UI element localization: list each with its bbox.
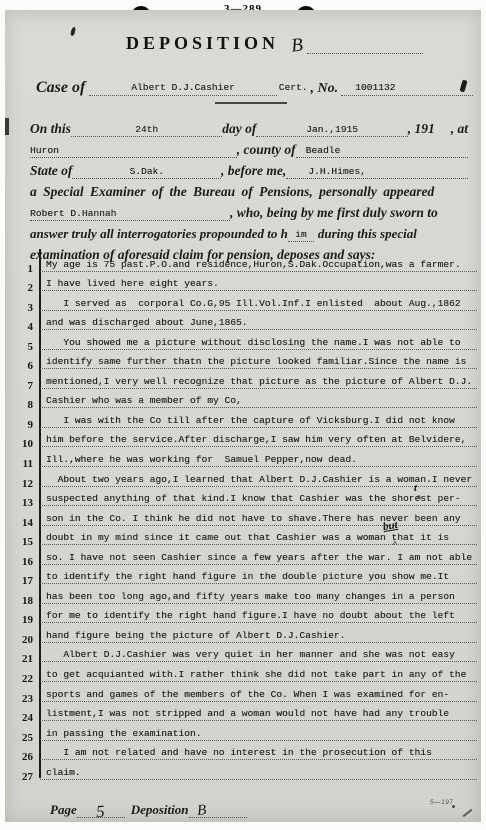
deposition-line: 23 sports and games of the members of th… [5,682,477,702]
deposition-line: 25 in passing the examination. [5,721,477,741]
day-value: 24th [135,124,158,135]
deposition-line: 21 Albert D.J.Cashier was very quiet in … [5,643,477,663]
deposition-label: Deposition [131,802,189,818]
line-text: My age is 75 past.P.O.and residence,Huro… [46,259,461,270]
line-rule: Albert D.J.Cashier was very quiet in her… [40,643,477,663]
deposition-letter-blank: B [189,795,247,818]
on-this-label: On this [30,121,71,137]
line-text: son in the Co. I think he did not have t… [46,513,461,524]
line-text: mentioned,I very well recognize that pic… [46,376,472,387]
deposition-line: 4 and was discharged about June,1865. [5,311,477,331]
state-value: S.Dak. [129,166,164,177]
line-rule: mentioned,I very well recognize that pic… [40,369,477,389]
line-text: him before the service.After discharge,I… [46,434,466,445]
line-rule: I am not related and have no interest in… [40,741,477,761]
title-row: DEPOSITION B [126,32,423,54]
page-number-blank: 5 [77,795,125,818]
month-blank: Jan.,1915 [256,115,407,137]
deposition-line: 14 son in the Co. I think he did not hav… [5,506,477,526]
before-me-label: , before me, [221,163,286,179]
line-rule: Ill.,where he was working for Samuel Pep… [40,447,477,467]
cert-prefix-value: Cert. [279,82,308,93]
county-blank: Beadle [296,136,468,158]
deposition-line: 6 identify same further thatn the pictur… [5,350,477,370]
intro-row-deponent: Robert D.Hannah , who, being by me first… [30,200,468,221]
deposition-line: 12 About two years ago,I learned that Al… [5,467,477,487]
line-text: I have lived here eight years. [46,278,219,289]
examiner-blank: J.H.Himes, [286,157,468,179]
deposition-line: 9 I was with the Co till after the captu… [5,408,477,428]
deposition-line: 17 to identify the right hand figure in … [5,565,477,585]
day-of-label: day of [222,121,256,137]
deposition-line: 3 I served as corporal Co.G,95 Ill.Vol.I… [5,291,477,311]
deposition-line: 11 Ill.,where he was working for Samuel … [5,447,477,467]
print-code: 5—197 [429,799,453,806]
intro-row-state: State of S.Dak. , before me, J.H.Himes, [30,158,468,179]
line-rule: I have lived here eight years. [40,272,477,292]
deposition-line: 1 My age is 75 past.P.O.and residence,Hu… [5,252,477,272]
deponent-blank: Robert D.Hannah [30,199,230,221]
deposition-line: 19 for me to identify the right hand fig… [5,604,477,624]
paper-sheet: DEPOSITION B Case of Albert D.J.Cashier … [5,10,481,822]
line-text: Cashier who was a member of my Co, [46,395,242,406]
examiner-value: J.H.Himes, [286,166,366,177]
line-rule: him before the service.After discharge,I… [40,428,477,448]
examiner-line-text: a Special Examiner of the Bureau of Pens… [30,184,434,200]
deposition-line: 5 You showed me a picture without disclo… [5,330,477,350]
scan-edge-smudge [5,118,9,135]
deposition-line: 8 Cashier who was a member of my Co, [5,389,477,409]
line-text: You showed me a picture without disclosi… [46,337,461,348]
month-value: Jan.,1915 [306,124,358,135]
at-label: , at [451,121,468,137]
deposition-line: 15 doubt in my mind since it came out th… [5,526,477,546]
line-rule: I served as corporal Co.G,95 Ill.Vol.Inf… [40,291,477,311]
line-text: doubt in my mind since it came out that … [46,532,449,543]
line-rule: and was discharged about June,1865. [40,311,477,331]
scan-speck [452,805,455,808]
line-number: 27 [5,772,40,783]
state-blank: S.Dak. [72,157,221,179]
case-of-label: Case of [36,80,85,96]
deposition-line: 20 hand figure being the picture of Albe… [5,623,477,643]
answer-post-text: during this special [318,226,417,242]
deposition-lines: t ^ but ^ 1 My age is 75 past.P.O.and re… [5,252,477,780]
year-label: , 191 [408,121,435,137]
handwritten-deposition-letter-footer: B [188,803,206,818]
line-text: has been too long ago,and fifty years ma… [46,591,455,602]
line-text: Ill.,where he was working for Samuel Pep… [46,454,357,465]
line-rule: You showed me a picture without disclosi… [40,330,477,350]
line-text: I served as corporal Co.G,95 Ill.Vol.Inf… [46,298,461,309]
page-footer: Page 5 Deposition B [50,796,247,818]
county-value: Beadle [296,145,341,156]
handwritten-page-number: 5 [96,804,106,820]
pronoun-value: im [295,229,307,240]
deposition-line: 13 suspected anything of that kind.I kno… [5,487,477,507]
line-rule: Cashier who was a member of my Co, [40,389,477,409]
line-text: About two years ago,I learned that Alber… [46,474,472,485]
handwritten-deposition-letter: B [290,34,304,57]
deposition-line: 24 listment,I was not stripped and a wom… [5,702,477,722]
line-rule: has been too long ago,and fifty years ma… [40,584,477,604]
line-rule: I was with the Co till after the capture… [40,408,477,428]
deponent-value: Robert D.Hannah [30,208,116,219]
line-text: to get acquianted with.I rather think sh… [46,669,466,680]
line-text: for me to identify the right hand figure… [46,610,455,621]
intro-row-examiner: a Special Examiner of the Bureau of Pens… [30,179,468,200]
intro-row-answer: answer truly all interrogatories propoun… [30,221,468,242]
line-rule: in passing the examination. [40,721,477,741]
place-blank: Huron [30,136,237,158]
line-rule: son in the Co. I think he did not have t… [40,506,477,526]
line-rule: for me to identify the right hand figure… [40,604,477,624]
line-rule: listment,I was not stripped and a woman … [40,702,477,722]
line-rule: to get acquianted with.I rather think sh… [40,662,477,682]
line-text: suspected anything of that kind.I know t… [46,493,461,504]
cert-no-label: , No. [311,82,339,96]
line-rule: to identify the right hand figure in the… [40,565,477,585]
sworn-text: , who, being by me first duly sworn to [230,205,438,221]
deposition-line: 27 claim. [5,760,477,780]
deposition-line: 22 to get acquianted with.I rather think… [5,662,477,682]
deposition-line: 7 mentioned,I very well recognize that p… [5,369,477,389]
deposition-line: 2 I have lived here eight years. [5,272,477,292]
deposition-line: 18 has been too long ago,and fifty years… [5,584,477,604]
line-rule: About two years ago,I learned that Alber… [40,467,477,487]
scanned-deposition-page: { "colors": { "paper": "#d8d7d2", "ink":… [0,0,486,830]
line-rule: so. I have not seen Cashier since a few … [40,545,477,565]
page-label: Page [50,802,77,818]
line-rule: doubt in my mind since it came out that … [40,526,477,546]
case-name-blank: Albert D.J.Cashier [89,71,276,96]
deposition-line: 10 him before the service.After discharg… [5,428,477,448]
line-text: Albert D.J.Cashier was very quiet in her… [46,649,455,660]
day-blank: 24th [71,115,222,137]
short-rule [215,102,287,104]
line-text: and was discharged about June,1865. [46,317,248,328]
line-text: so. I have not seen Cashier since a few … [46,552,472,563]
line-text: claim. [46,767,81,778]
cert-number-blank: 1001132 [341,71,473,96]
county-of-label: , county of [237,142,296,158]
answer-pre-text: answer truly all interrogatories propoun… [30,226,288,242]
intro-row-date: On this 24th day of Jan.,1915 , 191 , at [30,116,468,137]
intro-section: On this 24th day of Jan.,1915 , 191 , at… [30,116,468,263]
line-rule: sports and games of the members of the C… [40,682,477,702]
line-text: to identify the right hand figure in the… [46,571,449,582]
line-text: listment,I was not stripped and a woman … [46,708,449,719]
deposition-line: 16 so. I have not seen Cashier since a f… [5,545,477,565]
line-rule: My age is 75 past.P.O.and residence,Huro… [40,252,477,272]
case-name-value: Albert D.J.Cashier [131,82,235,93]
line-text: identify same further thatn the picture … [46,356,466,367]
line-text: I am not related and have no interest in… [46,747,432,758]
line-rule: claim. [40,760,477,780]
place-value: Huron [30,145,59,156]
deposition-line: 26 I am not related and have no interest… [5,741,477,761]
case-row: Case of Albert D.J.Cashier Cert. , No. 1… [36,72,473,96]
state-of-label: State of [30,163,72,179]
line-text: hand figure being the picture of Albert … [46,630,345,641]
pronoun-blank: im [288,220,314,242]
line-text: sports and games of the members of the C… [46,689,449,700]
line-rule: identify same further thatn the picture … [40,350,477,370]
intro-row-place: Huron , county of Beadle [30,137,468,158]
line-text: in passing the examination. [46,728,201,739]
line-rule: hand figure being the picture of Albert … [40,623,477,643]
line-text: I was with the Co till after the capture… [46,415,455,426]
cert-number-value: 1001132 [341,82,395,93]
title-fill-line [307,38,423,54]
page-title: DEPOSITION [126,33,279,54]
line-rule: suspected anything of that kind.I know t… [40,487,477,507]
